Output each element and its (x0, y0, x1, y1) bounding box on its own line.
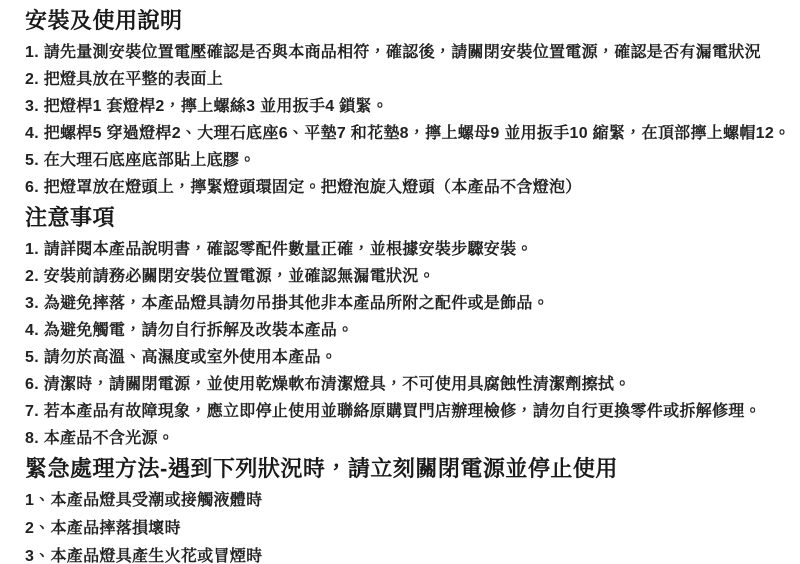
list-item: 1. 請先量測安裝位置電壓確認是否與本商品相符，確認後，請關閉安裝位置電源，確認… (25, 39, 782, 66)
list-item: 5. 在大理石底座底部貼上底膠。 (25, 147, 782, 174)
installation-step-list: 1. 請先量測安裝位置電壓確認是否與本商品相符，確認後，請關閉安裝位置電源，確認… (25, 39, 782, 201)
precaution-list: 1. 請詳閱本產品說明書，確認零配件數量正確，並根據安裝步驟安裝。2. 安裝前請… (25, 236, 782, 452)
section-precautions-heading: 注意事項 (25, 203, 782, 232)
list-item: 5. 請勿於高溫、高濕度或室外使用本產品。 (25, 344, 782, 371)
section-installation: 安裝及使用說明 1. 請先量測安裝位置電壓確認是否與本商品相符，確認後，請關閉安… (25, 6, 782, 201)
list-item: 3. 把燈桿1 套燈桿2，擰上螺絲3 並用扳手4 鎖緊。 (25, 93, 782, 120)
list-item: 8. 本產品不含光源。 (25, 425, 782, 452)
section-installation-heading: 安裝及使用說明 (25, 6, 782, 35)
list-item: 2. 把燈具放在平整的表面上 (25, 66, 782, 93)
section-emergency: 緊急處理方法-遇到下列狀況時，請立刻關閉電源並停止使用 1、本產品燈具受潮或接觸… (25, 454, 782, 564)
list-item: 4. 把螺桿5 穿過燈桿2、大理石底座6、平墊7 和花墊8，擰上螺母9 並用扳手… (25, 120, 782, 147)
list-item: 6. 清潔時，請關閉電源，並使用乾燥軟布清潔燈具，不可使用具腐蝕性清潔劑擦拭。 (25, 371, 782, 398)
list-item: 3、本產品燈具產生火花或冒煙時 (25, 543, 782, 564)
list-item: 1. 請詳閱本產品說明書，確認零配件數量正確，並根據安裝步驟安裝。 (25, 236, 782, 263)
section-precautions: 注意事項 1. 請詳閱本產品說明書，確認零配件數量正確，並根據安裝步驟安裝。2.… (25, 203, 782, 452)
emergency-condition-list: 1、本產品燈具受潮或接觸液體時2、本產品摔落損壞時3、本產品燈具產生火花或冒煙時 (25, 487, 782, 564)
list-item: 6. 把燈罩放在燈頭上，擰緊燈頭環固定。把燈泡旋入燈頭（本產品不含燈泡） (25, 174, 782, 201)
list-item: 2. 安裝前請務必關閉安裝位置電源，並確認無漏電狀況。 (25, 263, 782, 290)
list-item: 4. 為避免觸電，請勿自行拆解及改裝本產品。 (25, 317, 782, 344)
list-item: 1、本產品燈具受潮或接觸液體時 (25, 487, 782, 515)
list-item: 7. 若本產品有故障現象，應立即停止使用並聯絡原購買門店辦理檢修，請勿自行更換零… (25, 398, 782, 425)
list-item: 2、本產品摔落損壞時 (25, 515, 782, 543)
section-emergency-heading: 緊急處理方法-遇到下列狀況時，請立刻關閉電源並停止使用 (25, 454, 782, 483)
instruction-document: 安裝及使用說明 1. 請先量測安裝位置電壓確認是否與本商品相符，確認後，請關閉安… (0, 0, 800, 564)
list-item: 3. 為避免摔落，本產品燈具請勿吊掛其他非本產品所附之配件或是飾品。 (25, 290, 782, 317)
